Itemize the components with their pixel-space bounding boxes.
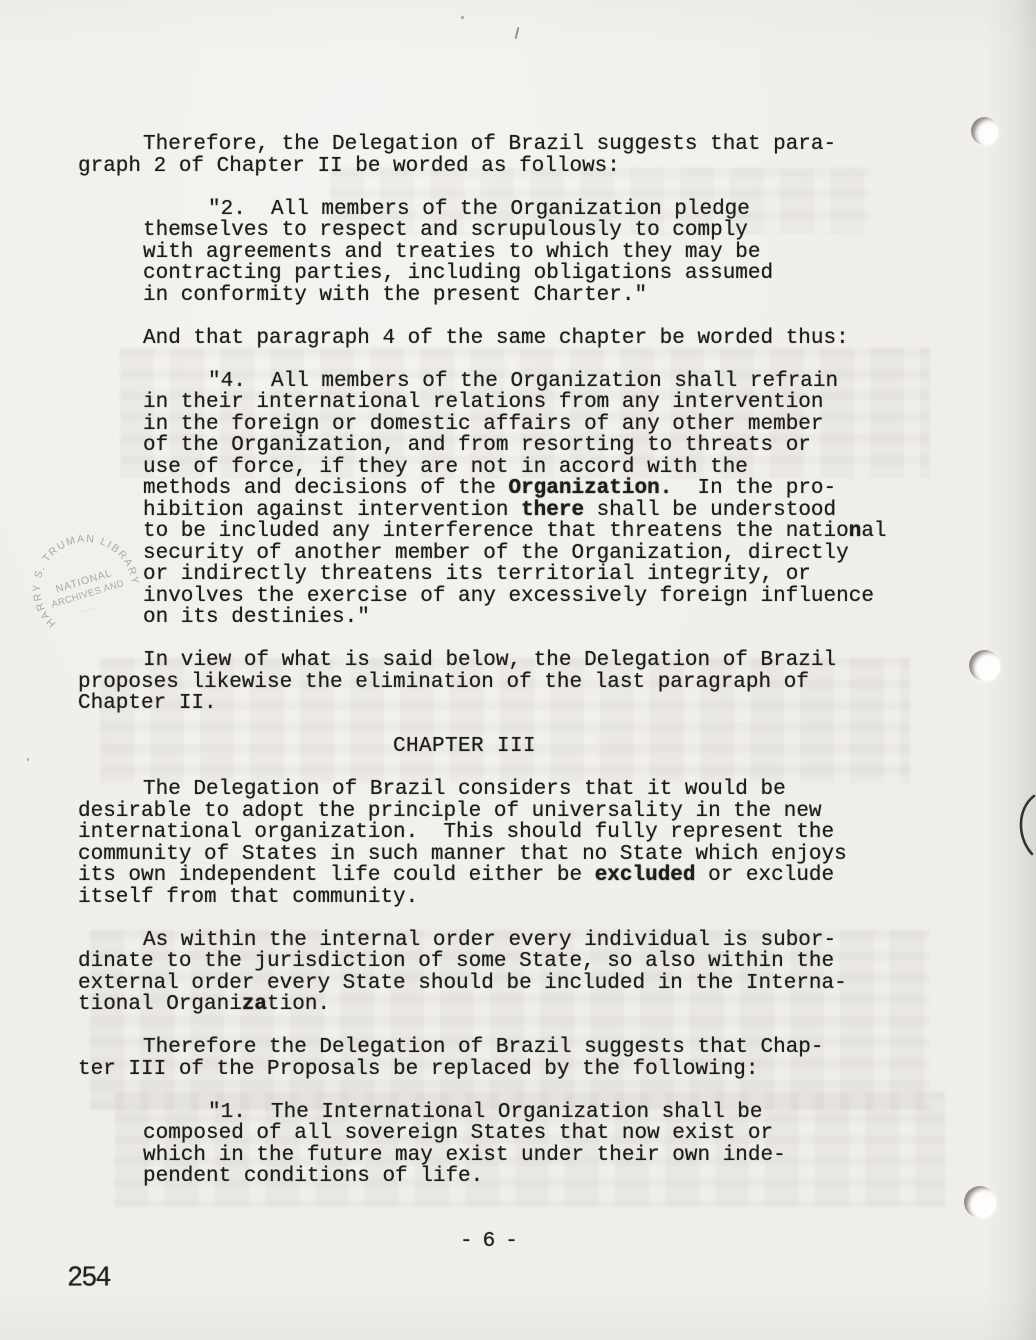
para-therefore-chapter-iii: Therefore the Delegation of Brazil sugge… (78, 1037, 958, 1080)
text-line: As within the internal order every indiv… (78, 930, 958, 952)
text-line: ter III of the Proposals be replaced by … (78, 1059, 958, 1081)
text-line: to be included any interference that thr… (143, 521, 958, 543)
text-line: CHAPTER III (393, 736, 958, 758)
text-line: Chapter II. (78, 693, 958, 715)
paper-speck (461, 16, 464, 19)
punch-hole-top (971, 117, 998, 145)
text-line: "2. All members of the Organization pled… (143, 199, 958, 221)
page-number: -6- (460, 1231, 958, 1253)
text-line: its own independent life could either be… (78, 865, 958, 887)
text-line: -6- (460, 1231, 958, 1253)
text-line: tional Organization. (78, 994, 958, 1016)
quote-paragraph-2: "2. All members of the Organization pled… (143, 199, 958, 307)
text-line: graph 2 of Chapter II be worded as follo… (78, 156, 958, 178)
text-line: desirable to adopt the principle of univ… (78, 801, 958, 823)
text-line: or indirectly threatens its territorial … (143, 564, 958, 586)
pen-mark (1008, 792, 1036, 862)
paper-speck (27, 758, 29, 761)
text-line: use of force, if they are not in accord … (143, 457, 958, 479)
text-line: composed of all sovereign States that no… (143, 1123, 958, 1145)
scanned-document-page: { "page": { "footer_page_number": "-6-",… (0, 0, 1036, 1340)
para-universality: The Delegation of Brazil considers that … (78, 779, 958, 908)
text-line: on its destinies." (143, 607, 958, 629)
punch-hole-middle (969, 650, 1000, 681)
archive-folio-number: 254 (67, 1263, 110, 1295)
para-internal-order: As within the internal order every indiv… (78, 930, 958, 1016)
text-line: contracting parties, including obligatio… (143, 263, 958, 285)
punch-hole-bottom (964, 1186, 996, 1218)
para-intro: Therefore, the Delegation of Brazil sugg… (78, 134, 958, 177)
text-line: community of States in such manner that … (78, 844, 958, 866)
typewritten-text: Therefore, the Delegation of Brazil sugg… (78, 134, 958, 1252)
text-line: pendent conditions of life. (143, 1166, 958, 1188)
text-line: with agreements and treaties to which th… (143, 242, 958, 264)
text-line: methods and decisions of the Organizatio… (143, 478, 958, 500)
text-line: And that paragraph 4 of the same chapter… (78, 328, 958, 350)
text-line: Therefore the Delegation of Brazil sugge… (78, 1037, 958, 1059)
text-line: "1. The International Organization shall… (143, 1102, 958, 1124)
text-line: involves the exercise of any excessively… (143, 586, 958, 608)
text-line: which in the future may exist under thei… (143, 1145, 958, 1167)
text-line: In view of what is said below, the Deleg… (78, 650, 958, 672)
text-line: in conformity with the present Charter." (143, 285, 958, 307)
text-line: security of another member of the Organi… (143, 543, 958, 565)
text-line: in the foreign or domestic affairs of an… (143, 414, 958, 436)
scratch-mark (515, 27, 520, 39)
para-and-that: And that paragraph 4 of the same chapter… (78, 328, 958, 350)
text-line: hibition against intervention there shal… (143, 500, 958, 522)
text-line: dinate to the jurisdiction of some State… (78, 951, 958, 973)
text-line: of the Organization, and from resorting … (143, 435, 958, 457)
text-line: international organization. This should … (78, 822, 958, 844)
text-line: itself from that community. (78, 887, 958, 909)
text-line: in their international relations from an… (143, 392, 958, 414)
text-line: themselves to respect and scrupulously t… (143, 220, 958, 242)
quote-paragraph-1: "1. The International Organization shall… (143, 1102, 958, 1188)
text-line: The Delegation of Brazil considers that … (78, 779, 958, 801)
text-line: proposes likewise the elimination of the… (78, 672, 958, 694)
para-in-view: In view of what is said below, the Deleg… (78, 650, 958, 715)
quote-paragraph-4: "4. All members of the Organization shal… (143, 371, 958, 629)
text-line: "4. All members of the Organization shal… (143, 371, 958, 393)
text-line: Therefore, the Delegation of Brazil sugg… (78, 134, 958, 156)
paper-speck (868, 529, 871, 531)
text-line: external order every State should be inc… (78, 973, 958, 995)
heading-chapter-iii: CHAPTER III (393, 736, 958, 758)
